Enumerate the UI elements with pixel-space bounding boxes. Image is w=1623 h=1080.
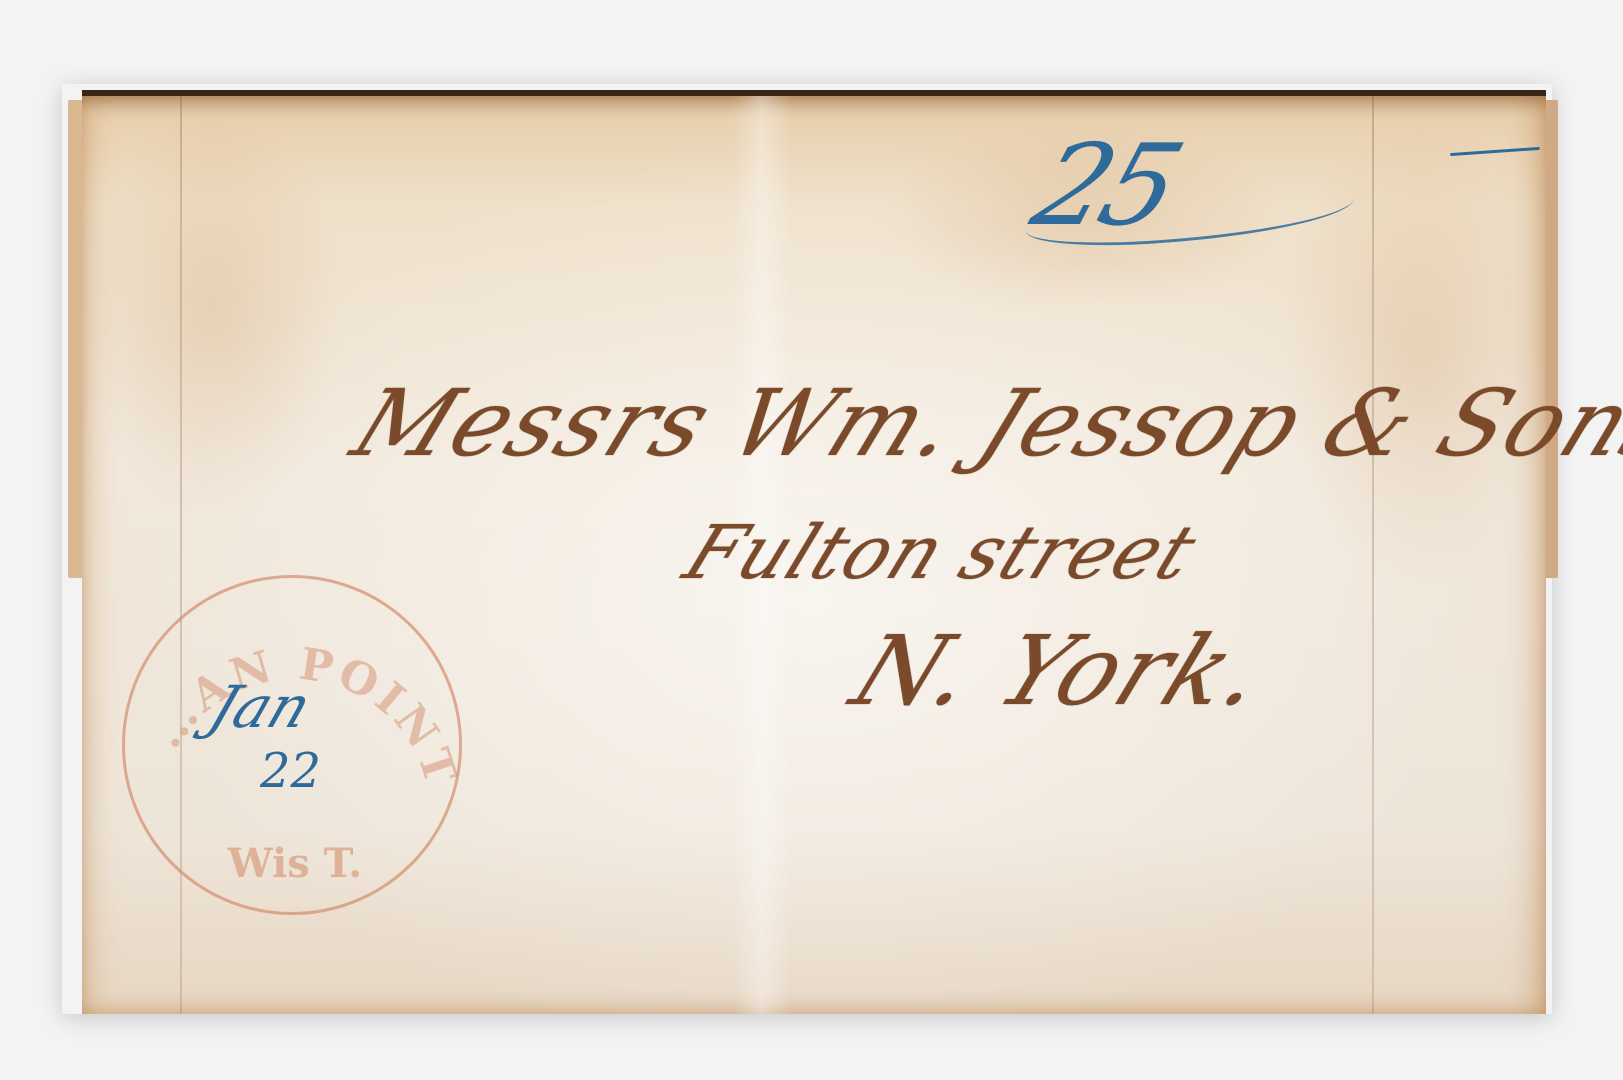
circular-postmark: …AN POINT Jan 22 Wis T. xyxy=(122,575,462,915)
address-line-city: N. York. xyxy=(837,615,1285,727)
postmark-day: 22 xyxy=(260,743,321,799)
address-line-street: Fulton street xyxy=(673,510,1209,596)
postmark-state: Wis T. xyxy=(225,840,365,887)
age-stain xyxy=(82,96,342,516)
address-line-addressee: Messrs Wm. Jessop & Sons xyxy=(338,370,1623,477)
